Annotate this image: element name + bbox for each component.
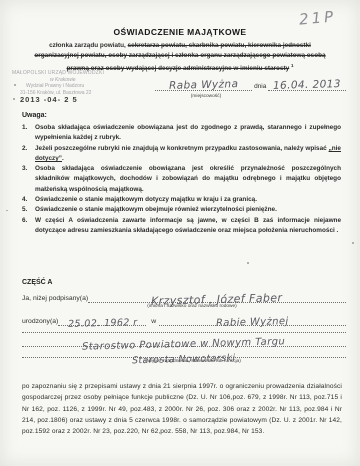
handwritten-date: 16.04. 2013 xyxy=(273,78,341,92)
note-text: W części A oświadczenia zawarte informac… xyxy=(35,216,341,237)
subtitle-struck-1: sekretarza powiatu, skarbnika powiatu, k… xyxy=(128,42,311,49)
scan-speck xyxy=(14,84,16,86)
note-number: 1. xyxy=(22,123,35,144)
note-number: 2. xyxy=(22,144,35,165)
declarant-label: Ja, niżej podpisany(a) xyxy=(22,295,88,303)
stamp-city: w Krakowie xyxy=(50,77,162,84)
dnia-label: dnia xyxy=(252,83,268,91)
stamp-received-date: 2013 -04- 2 5 xyxy=(20,97,162,104)
footnote-marker: 1 xyxy=(291,63,294,68)
stamp-office-name: MAŁOPOLSKI URZĄD WOJEWÓDZKI xyxy=(12,70,162,77)
scan-speck xyxy=(352,242,354,244)
legal-paragraph: po zapoznaniu się z przepisami ustawy z … xyxy=(22,381,342,437)
note-number: 3. xyxy=(22,164,35,195)
subtitle-line-1: członka zarządu powiatu, sekretarza powi… xyxy=(0,41,360,51)
name-field: Krzysztof , Józef Faber xyxy=(88,289,346,303)
note-text-pre: Jeżeli poszczególne rubryki nie znajdują… xyxy=(35,145,329,152)
notes-section: Uwaga: 1.Osoba składająca oświadczenie o… xyxy=(22,112,341,236)
note-text: Oświadczenie o stanie majątkowym obejmuj… xyxy=(35,205,341,215)
scan-speck xyxy=(247,262,249,264)
subtitle-struck-2: organizacyjnej powiatu, osoby zarządzają… xyxy=(34,52,325,59)
birth-row: urodzony(a) 25.02. 1962 r w Rabie Wyżnej xyxy=(22,312,346,326)
document-title: OŚWIADCZENIE MAJĄTKOWE xyxy=(0,27,360,37)
scan-speck xyxy=(6,210,8,211)
note-text: Jeżeli poszczególne rubryki nie znajdują… xyxy=(35,144,341,165)
note-item-3: 3.Osoba składająca oświadczenie obowiąza… xyxy=(22,164,341,195)
note-number: 4. xyxy=(22,195,35,205)
note-item-1: 1.Osoba składająca oświadczenie obowiąza… xyxy=(22,123,341,144)
notes-heading: Uwaga: xyxy=(22,112,341,119)
note-text: Osoba składająca oświadczenie obowiązana… xyxy=(35,123,341,144)
note-number: 6. xyxy=(22,216,35,237)
scanned-document-page: 21P OŚWIADCZENIE MAJĄTKOWE członka zarzą… xyxy=(0,0,360,466)
note-text: Osoba składająca oświadczenie obowiązana… xyxy=(35,164,341,195)
birth-place-field: Rabie Wyżnej xyxy=(159,312,346,326)
part-a-heading: CZĘŚĆ A xyxy=(22,279,346,286)
declarant-name-row: Ja, niżej podpisany(a) Krzysztof , Józef… xyxy=(22,289,346,303)
part-a-section: CZĘŚĆ A Ja, niżej podpisany(a) Krzysztof… xyxy=(22,279,346,364)
note-item-2: 2.Jeżeli poszczególne rubryki nie znajdu… xyxy=(22,144,341,165)
handwritten-place: Raba Wyżna xyxy=(169,78,239,92)
place-caption: (miejscowość) xyxy=(163,94,249,99)
employer-field: Starostwo Powiatowe w Nowym Targu xyxy=(22,333,346,347)
corner-annotation: 21P xyxy=(298,7,337,28)
stamp-department: Wydział Prawny i Nadzoru xyxy=(26,83,162,90)
place-field: Raba Wyżna xyxy=(155,74,252,91)
place-date-row: Raba Wyżna dnia 16.04. 2013 xyxy=(155,74,346,91)
handwritten-birth-date: 25.02. 1962 r xyxy=(67,317,137,330)
handwritten-position: Starosta Nowotarski xyxy=(132,353,236,367)
note-text-post: . xyxy=(62,155,64,162)
office-stamp: MAŁOPOLSKI URZĄD WOJEWÓDZKI w Krakowie W… xyxy=(12,70,162,104)
subtitle-role-kept: członka zarządu powiatu, xyxy=(49,42,127,49)
scan-speck xyxy=(13,98,15,100)
note-item-5: 5.Oświadczenie o stanie majątkowym obejm… xyxy=(22,205,341,215)
date-field: 16.04. 2013 xyxy=(268,74,346,91)
subtitle-line-2: organizacyjnej powiatu, osoby zarządzają… xyxy=(0,51,360,61)
note-text: Oświadczenie o stanie majątkowym dotyczy… xyxy=(35,195,341,205)
note-item-4: 4.Oświadczenie o stanie majątkowym dotyc… xyxy=(22,195,341,205)
handwritten-birth-place: Rabie Wyżnej xyxy=(216,316,289,329)
document-header: OŚWIADCZENIE MAJĄTKOWE członka zarządu p… xyxy=(0,27,360,74)
birth-date-field: 25.02. 1962 r xyxy=(58,313,146,326)
note-item-6: 6.W części A oświadczenia zawarte inform… xyxy=(22,216,341,237)
in-label: w xyxy=(146,318,159,326)
born-label: urodzony(a) xyxy=(22,318,58,326)
note-number: 5. xyxy=(22,205,35,215)
